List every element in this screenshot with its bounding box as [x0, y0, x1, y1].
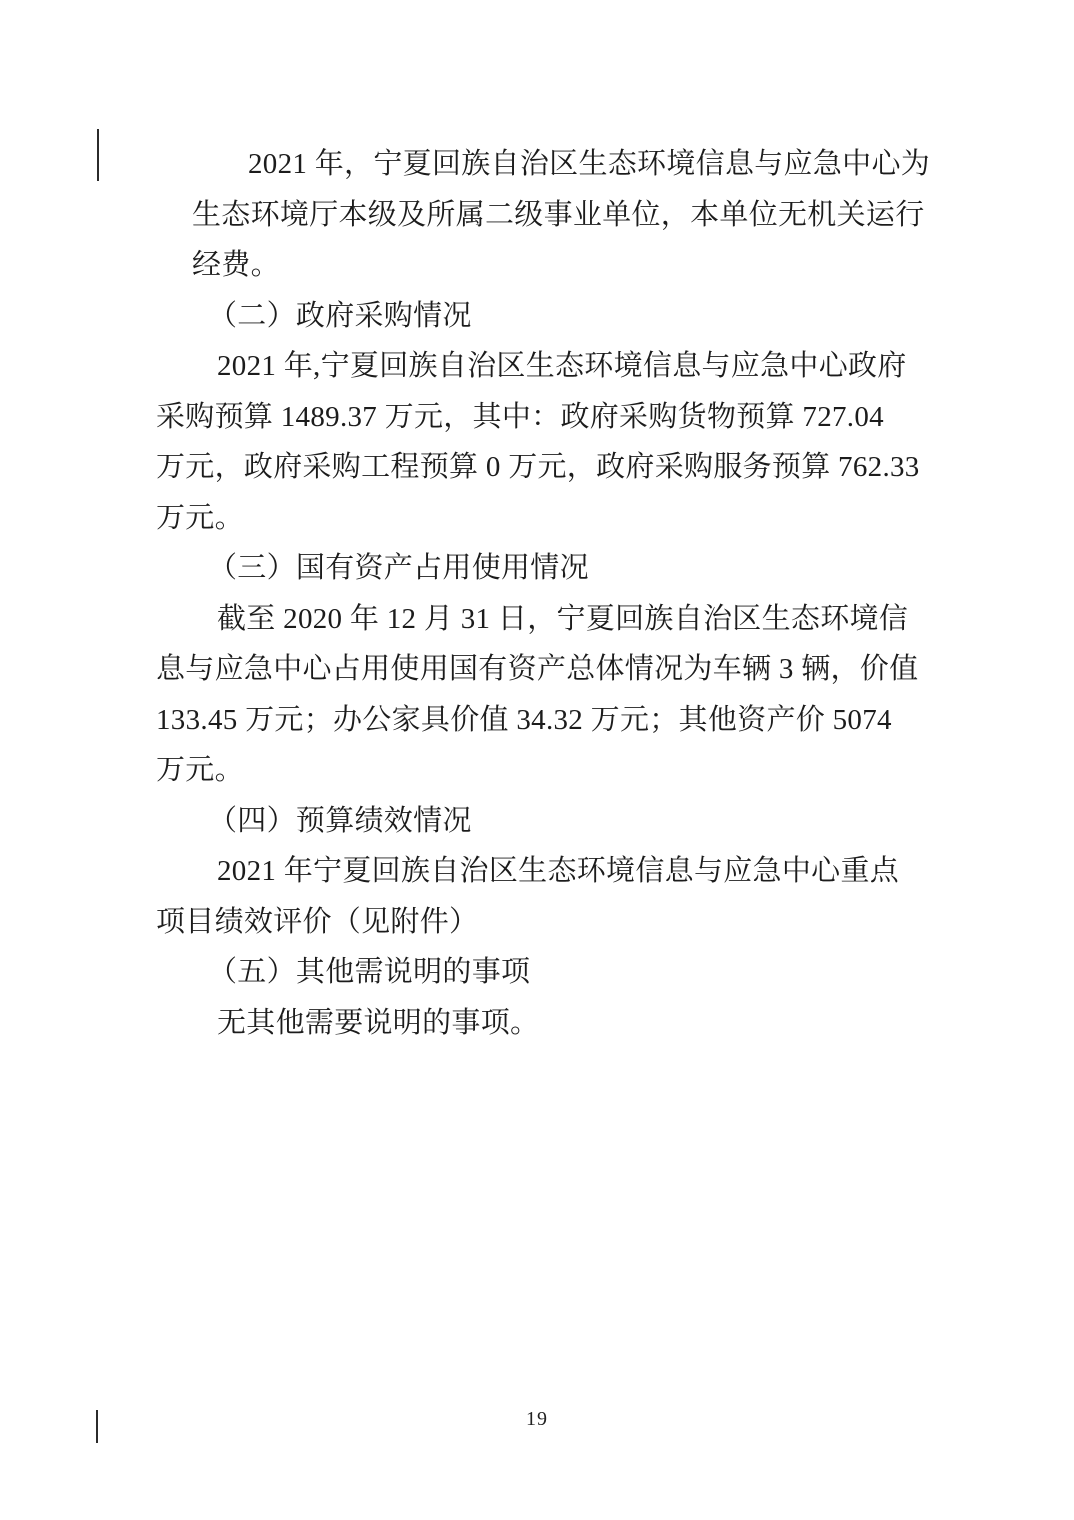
text-line: 生态环境厅本级及所属二级事业单位，本单位无机关运行 — [192, 190, 956, 241]
text-line: 截至 2020 年 12 月 31 日，宁夏回族自治区生态环境信 — [217, 594, 956, 645]
text-line: 采购预算 1489.37 万元，其中：政府采购货物预算 727.04 — [156, 392, 956, 443]
text-line: 2021 年宁夏回族自治区生态环境信息与应急中心重点 — [217, 846, 956, 897]
margin-change-bar-top — [97, 129, 99, 181]
text-line: （四）预算绩效情况 — [208, 796, 956, 847]
text-line: （二）政府采购情况 — [208, 291, 956, 342]
text-line: 万元，政府采购工程预算 0 万元，政府采购服务预算 762.33 — [156, 442, 956, 493]
text-line: 项目绩效评价（见附件） — [156, 897, 956, 948]
text-line: 133.45 万元；办公家具价值 34.32 万元；其他资产价 5074 — [156, 695, 956, 746]
text-line: 经费。 — [192, 240, 956, 291]
text-line: 无其他需要说明的事项。 — [217, 998, 956, 1049]
page-number: 19 — [0, 1405, 1074, 1433]
text-line: 万元。 — [156, 493, 956, 544]
document-text-block: 2021 年，宁夏回族自治区生态环境信息与应急中心为生态环境厅本级及所属二级事业… — [156, 139, 956, 1048]
text-line: 息与应急中心占用使用国有资产总体情况为车辆 3 辆，价值 — [156, 644, 956, 695]
text-line: 万元。 — [156, 745, 956, 796]
text-line: 2021 年,宁夏回族自治区生态环境信息与应急中心政府 — [217, 341, 956, 392]
document-page: 2021 年，宁夏回族自治区生态环境信息与应急中心为生态环境厅本级及所属二级事业… — [0, 0, 1074, 1520]
text-line: （五）其他需说明的事项 — [208, 947, 956, 998]
text-line: （三）国有资产占用使用情况 — [208, 543, 956, 594]
text-line: 2021 年，宁夏回族自治区生态环境信息与应急中心为 — [248, 139, 956, 190]
